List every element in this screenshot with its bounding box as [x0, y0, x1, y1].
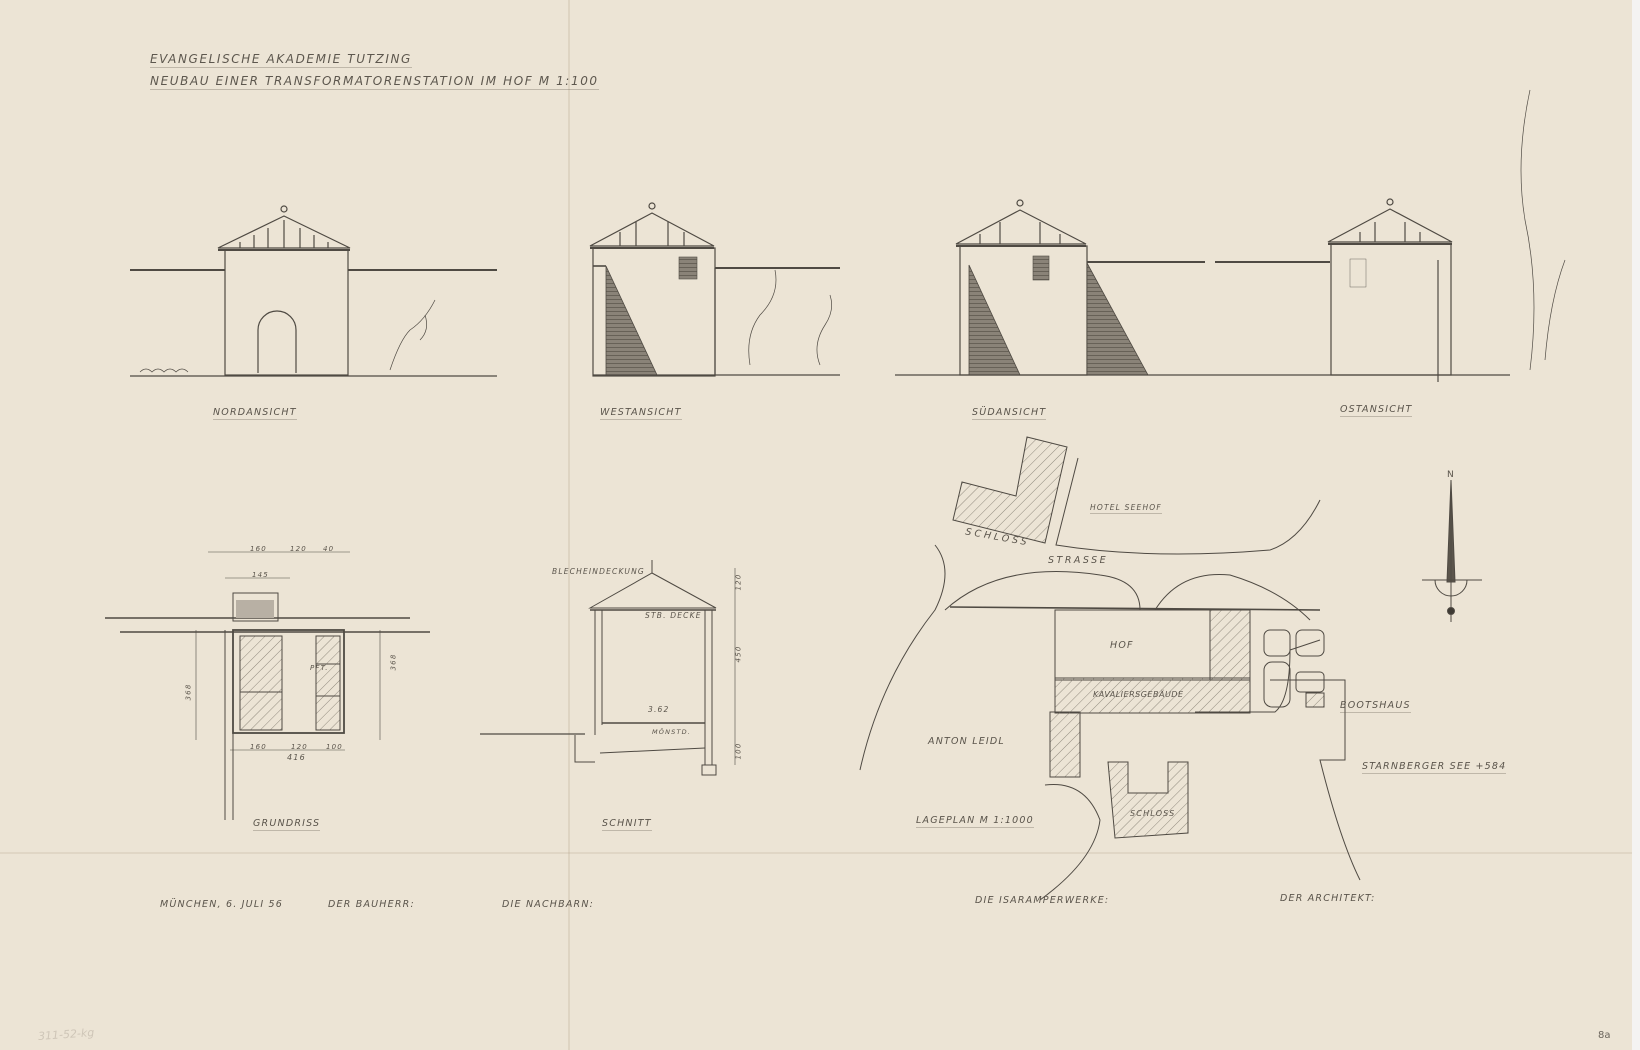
signature-bauherr: Der Bauherr: [328, 899, 415, 910]
dim-368-left: 368 [184, 684, 192, 701]
label-suedansicht: Südansicht [972, 407, 1046, 420]
signature-architekt: Der Architekt: [1280, 893, 1376, 904]
floor-plan-note: PFT. [310, 664, 329, 672]
dim-100-bottom: 100 [326, 743, 343, 751]
dim-450-section: 450 [734, 646, 742, 663]
label-ostansicht: Ostansicht [1340, 404, 1412, 417]
dim-145: 145 [252, 571, 269, 579]
place-date: München, 6. Juli 56 [160, 899, 283, 910]
grundriss-drawing [105, 552, 430, 820]
dim-120-section: 120 [734, 574, 742, 591]
westansicht-drawing [590, 203, 840, 376]
label-hof: Hof [1110, 640, 1134, 651]
dim-120-bottom: 120 [291, 743, 308, 751]
ostansicht-drawing [1328, 90, 1565, 382]
technical-drawings [0, 0, 1632, 1050]
label-lageplan: Lageplan M 1:1000 [916, 815, 1034, 828]
dim-160-bottom: 160 [250, 743, 267, 751]
signature-nachbarn: Die Nachbarn: [502, 899, 594, 910]
nordansicht-drawing [130, 206, 497, 376]
dim-total-416: 416 [287, 753, 306, 762]
drawing-sheet: Evangelische Akademie Tutzing Neubau ein… [0, 0, 1632, 1050]
signature-isaramperwerke: Die Isaramperwerke: [975, 895, 1109, 906]
dim-160-top: 160 [250, 545, 267, 553]
label-nordansicht: Nordansicht [213, 407, 297, 420]
dim-40-top: 40 [323, 545, 334, 553]
label-strasse: Strasse [1048, 555, 1108, 566]
dim-100-section: 100 [734, 743, 742, 760]
north-arrow-label: N [1447, 470, 1455, 480]
label-hotel-seehof: Hotel Seehof [1090, 503, 1162, 514]
label-starnberger-see: Starnberger See +584 [1362, 761, 1506, 774]
label-grundriss: Grundriss [253, 818, 320, 831]
label-bootshaus: Bootshaus [1340, 700, 1411, 713]
dim-368-right: 368 [389, 654, 397, 671]
label-stb-decke: Stb. Decke [645, 611, 702, 620]
schnitt-drawing [480, 560, 735, 775]
suedansicht-drawing [895, 200, 1510, 375]
label-westansicht: Westansicht [600, 407, 682, 420]
dim-120-top: 120 [290, 545, 307, 553]
page-mark: 8a [1598, 1030, 1611, 1041]
label-floor-level: 3.62 [648, 705, 670, 714]
label-anton-leidl: Anton Leidl [928, 736, 1005, 747]
label-moenstd: Mönstd. [652, 728, 691, 736]
north-arrow-icon [1422, 480, 1482, 622]
label-blecheindeckung: Blecheindeckung [552, 567, 645, 576]
label-kavaliersgebaeude: Kavaliersgebäude [1093, 690, 1184, 699]
label-schloss-building: Schloss [1130, 809, 1175, 818]
label-schnitt: Schnitt [602, 818, 652, 831]
